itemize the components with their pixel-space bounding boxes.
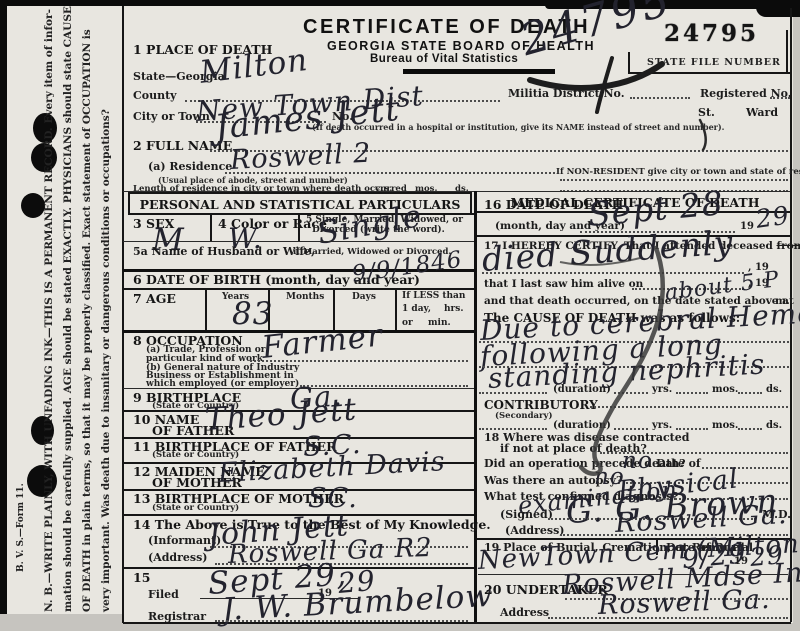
mother-birthplace-sub: (State or Country)	[152, 503, 239, 513]
undertaker-address-value: Roswell Ga.	[597, 584, 771, 621]
file-box-right	[786, 30, 788, 72]
age-less-label-1: If LESS than	[402, 291, 465, 301]
duration2-ds: ds.	[766, 420, 782, 431]
registered-line	[770, 97, 790, 99]
scan-blob-corner	[756, 0, 800, 17]
duration-lead-line	[479, 392, 547, 394]
duration-line-1	[614, 392, 648, 394]
duration-mos: mos.	[712, 384, 738, 395]
margin-line-4: very important. Was death due to insanit…	[97, 24, 116, 612]
sex-color-divider	[210, 213, 212, 242]
duration2-lead-line	[479, 428, 547, 430]
age-hrs-label: hrs.	[444, 304, 464, 314]
duration2-label: (duration)	[553, 420, 611, 431]
form-number: B. V. S.—Form 11.	[16, 462, 26, 572]
dod-year-value: 29	[754, 200, 792, 233]
duration2-line-2	[676, 428, 708, 430]
scan-edge-bottom-left	[0, 614, 123, 631]
age-col-divider-2	[268, 288, 270, 330]
st-label: St.	[698, 106, 715, 119]
margin-line-3: OF DEATH in plain terms, so that it may …	[78, 24, 97, 612]
bureau-underline	[403, 69, 555, 74]
state-file-number-label: STATE FILE NUMBER	[647, 57, 781, 68]
duration2-mos: mos.	[712, 420, 738, 431]
item15-label: 15	[133, 570, 150, 585]
ward-label: Ward	[746, 106, 778, 119]
certify-line	[482, 272, 744, 274]
county-label: County	[133, 89, 177, 102]
duration2-line-1	[614, 428, 648, 430]
death-certificate-scan: N. B.—WRITE PLAINLY, WITH UNFADING INK—T…	[0, 0, 800, 631]
duration-line-2	[676, 392, 708, 394]
undertaker-address-label: Address	[500, 606, 549, 619]
nonresident-note: If NON-RESIDENT give city or town and st…	[556, 167, 800, 177]
margin-line-2: mation should be carefully supplied. AGE…	[59, 24, 78, 612]
filed-label: Filed	[148, 588, 179, 601]
duration-line-3	[738, 392, 762, 394]
registrar-line	[215, 620, 468, 622]
residence-line	[225, 172, 555, 174]
dod-printed-19: 19	[740, 221, 754, 232]
certify-from-struck: from	[777, 240, 800, 252]
last-saw-label: that I last saw him alive on	[484, 278, 643, 290]
residence-label: (a) Residence	[148, 160, 232, 173]
contributory-line	[590, 406, 788, 408]
duration2-yrs: yrs.	[652, 420, 672, 431]
row5a-top-line	[123, 241, 474, 242]
duration-label: (duration)	[553, 384, 611, 395]
age-label: 7 AGE	[133, 291, 176, 306]
age-less-label-2: 1 day,	[402, 304, 431, 314]
informant-address-label: (Address)	[148, 551, 208, 564]
color-marital-divider	[298, 213, 300, 242]
militia-district-label: Militia District No.	[508, 87, 625, 100]
age-or-label: or	[402, 318, 413, 328]
age-min-label: min.	[428, 318, 451, 328]
duration-ds: ds.	[766, 384, 782, 395]
signed-label: (Signed)	[500, 508, 553, 521]
age-days-label: Days	[352, 292, 376, 302]
margin-line-1: N. B.—WRITE PLAINLY, WITH UNFADING INK—T…	[40, 24, 59, 612]
column-divider	[474, 191, 477, 622]
row7-top-line	[123, 288, 474, 290]
secondary-label: (Secondary)	[495, 411, 552, 421]
duration-yrs: yrs.	[652, 384, 672, 395]
age-col-divider-4	[395, 288, 397, 330]
age-col-divider-1	[205, 288, 207, 330]
file-box-left	[628, 52, 630, 72]
contributory-label: CONTRIBUTORY	[484, 398, 598, 412]
operation-value: no	[622, 448, 653, 474]
spouse-label-1: 5a Name of Husband or Wife,	[133, 245, 315, 258]
registrar-label: Registrar	[148, 610, 206, 623]
duration2-line-3	[738, 428, 762, 430]
file-box-bottom	[628, 72, 790, 74]
nonresident-line	[560, 179, 788, 181]
occupation-a-line	[250, 360, 468, 362]
militia-line	[630, 97, 690, 99]
signed-address-label: (Address)	[505, 524, 565, 537]
undertaker-address-line	[548, 617, 788, 619]
state-file-number-stamp: 24795	[664, 20, 759, 47]
bureau-subtitle: Bureau of Vital Statistics	[370, 53, 518, 65]
age-months-label: Months	[286, 292, 324, 302]
margin-instructions: N. B.—WRITE PLAINLY, WITH UNFADING INK—T…	[40, 24, 120, 612]
scan-bar-left	[0, 0, 7, 614]
form-border-left	[122, 6, 124, 623]
